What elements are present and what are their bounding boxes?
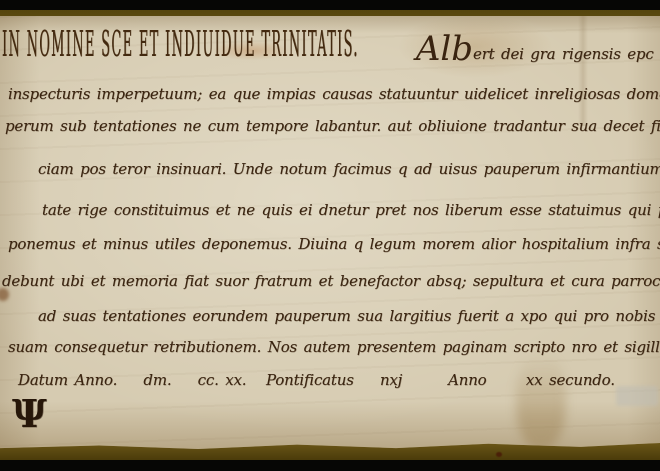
manuscript-line: ad suas tentationes eorundem pauperum su… [38,302,660,332]
manuscript-line: debunt ubi et memoria fiat suor fratrum … [2,267,660,297]
manuscript-line: perum sub tentationes ne cum tempore lab… [5,112,660,142]
letterbox-bottom [0,460,660,471]
manuscript-line: ciam pos teror insinuari. Unde notum fac… [38,155,660,185]
letterbox-top [0,0,660,10]
elongated-invocation-text: In nomine sce et indiuidue trinitatis. [2,25,359,66]
manuscript-line: tate rige constituimus et ne quis ei dne… [42,196,660,226]
manuscript-line: ponemus et minus utiles deponemus. Diuin… [8,230,660,260]
decorated-initial: Alb [416,32,473,66]
speck-on-mat [496,452,502,457]
manuscript-line: inspecturis imperpetuum; ea que impias c… [8,80,660,110]
parchment-charter: In nomine sce et indiuidue trinitatis. A… [0,16,660,449]
manuscript-dating-line: Datum Anno. dm. cc. xx. Pontificatus nxj… [18,366,660,396]
manuscript-line: suam consequetur retributionem. Nos aute… [8,333,660,363]
opening-line-text: ert dei gra rigensis epc omibus presente… [473,42,660,66]
opening-line: In nomine sce et indiuidue trinitatis. A… [2,16,660,66]
notarial-monogram: Ψ [12,394,47,434]
manuscript-photo: In nomine sce et indiuidue trinitatis. A… [0,0,660,471]
